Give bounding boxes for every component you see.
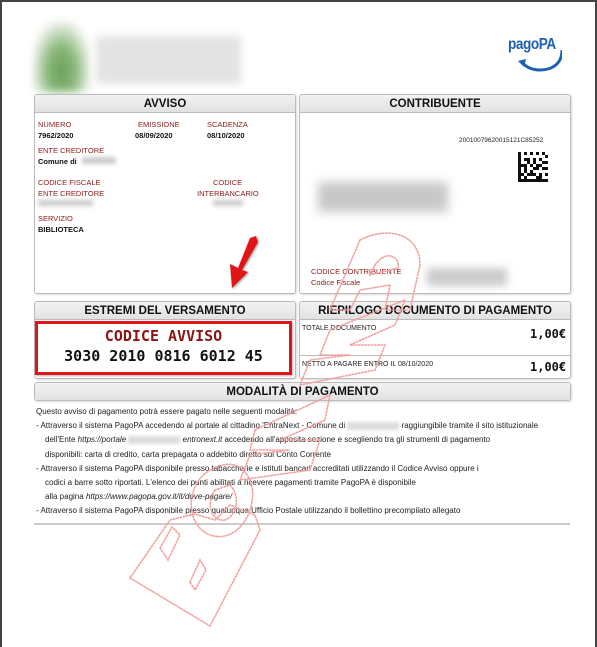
pagopa-arrow-icon [518,50,562,74]
datamatrix-icon [518,152,548,182]
numero-label: NUMERO [38,120,71,129]
emissione-value: 08/09/2020 [135,131,173,140]
ente-creditore-value: Comune di [38,157,77,166]
portal-url-suffix[interactable]: entronext.it [183,435,223,444]
ente-name-redacted [82,157,116,164]
modalita-option-2: - Attraverso il sistema PagoPA disponibi… [36,462,576,476]
totale-documento-value: 1,00€ [530,327,566,341]
codice-fiscale-label: CODICE FISCALE [38,178,101,187]
contribuente-title: CONTRIBUENTE [300,95,570,113]
modalita-bottom-rule [34,523,570,525]
ente-creditore-label-2: ENTE CREDITORE [38,189,104,198]
codice-avviso-label: CODICE AVVISO [38,326,289,346]
municipality-header-redacted [96,36,241,84]
modalita-option-2-line-2: codici a barre sotto riportati. L'elenco… [36,476,576,490]
modalita-option-2-line-3: alla pagina https://www.pagopa.gov.it/it… [36,490,576,504]
pagopa-dove-pagare-link[interactable]: https://www.pagopa.gov.it/it/dove-pagare… [86,492,232,501]
modalita-option-1-line-3: disponibili: carta di credito, carta pre… [36,448,576,462]
servizio-value: BIBLIOTECA [38,225,84,234]
codice-contribuente-label: CODICE CONTRIBUENTE [311,267,401,276]
portal-url-redacted [128,436,180,444]
modalita-panel-header: MODALITÀ DI PAGAMENTO [34,382,571,401]
codice-fiscale-redacted [38,200,93,206]
modalita-option-1-line-2: dell'Ente https://portale entronext.it a… [36,433,576,447]
ente-creditore-label: ENTE CREDITORE [38,146,104,155]
servizio-label: SERVIZIO [38,214,73,223]
netto-value: 1,00€ [530,360,566,374]
codice-contribuente-redacted [427,268,507,286]
scadenza-label: SCADENZA [207,120,248,129]
avviso-title: AVVISO [35,95,295,113]
comune-redacted [347,422,399,430]
red-arrow-annotation-icon [226,234,262,290]
versamento-title: ESTREMI DEL VERSAMENTO [35,302,295,320]
scadenza-value: 08/10/2020 [207,131,245,140]
netto-label: NETTO A PAGARE ENTRO IL 08/10/2020 [302,361,433,368]
totale-documento-label: TOTALE DOCUMENTO [302,325,376,332]
numero-value: 7962/2020 [38,131,73,140]
barcode-code: 20010079620015121C85252 [459,137,543,144]
codice-fiscale-sub-label: Codice Fiscale [311,278,360,287]
riepilogo-title: RIEPILOGO DOCUMENTO DI PAGAMENTO [300,302,570,320]
modalita-intro: Questo avviso di pagamento potrà essere … [36,405,576,419]
modalita-option-3: - Attraverso il sistema PagoPA disponibi… [36,504,576,518]
codice-label: CODICE [213,178,242,187]
portal-url-prefix[interactable]: https://portale [78,435,126,444]
modalita-option-1: - Attraverso il sistema PagoPA accedendo… [36,419,576,433]
emissione-label: EMISSIONE [138,120,180,129]
riepilogo-divider [300,355,570,356]
contribuente-name-redacted [318,182,448,212]
modalita-title: MODALITÀ DI PAGAMENTO [35,383,570,400]
codice-avviso-highlight: CODICE AVVISO 3030 2010 0816 6012 45 [35,321,292,375]
pagopa-logo: pagoPA [508,36,568,76]
modalita-text: Questo avviso di pagamento potrà essere … [36,405,576,519]
interbancario-label: INTERBANCARIO [197,189,259,198]
codice-avviso-value: 3030 2010 0816 6012 45 [38,346,289,366]
interbancario-redacted [213,200,243,206]
municipality-logo [33,22,90,92]
